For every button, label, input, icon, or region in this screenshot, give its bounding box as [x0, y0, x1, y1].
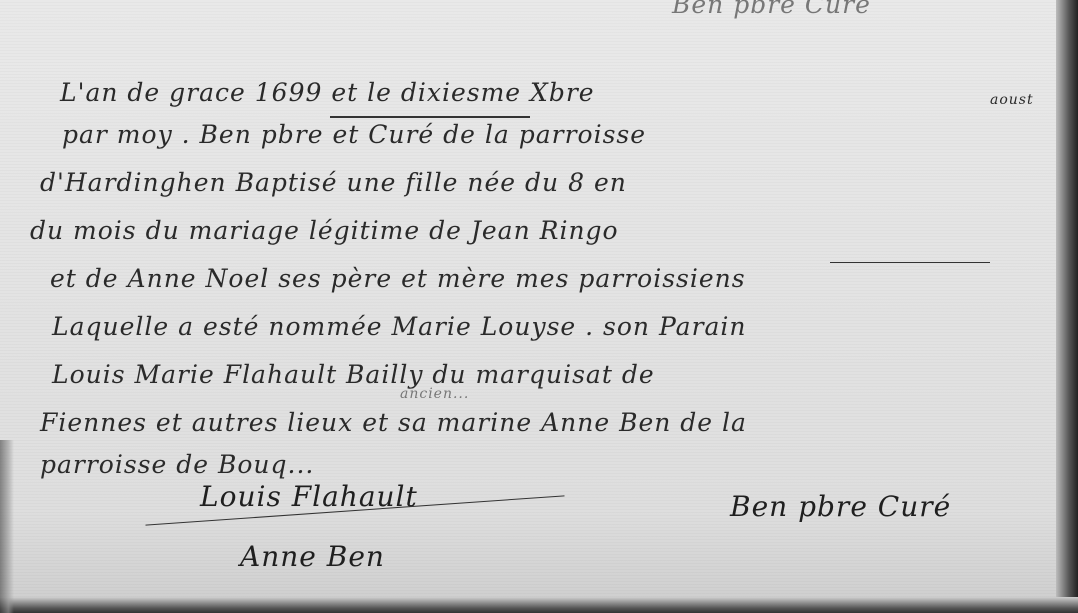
entry-line-3: d'Hardinghen Baptisé une fille née du 8 … — [40, 168, 627, 197]
entry-line-6: Laquelle a esté nommée Marie Louyse . so… — [52, 312, 747, 341]
name-underline — [830, 262, 990, 263]
signature-priest: Ben pbre Curé — [730, 490, 951, 523]
signature-godmother: Anne Ben — [240, 540, 385, 573]
interlinear-note: ancien... — [400, 386, 469, 402]
entry-line-4: du mois du mariage légitime de Jean Ring… — [30, 216, 619, 245]
margin-note: aoust — [990, 92, 1034, 108]
entry-line-5: et de Anne Noel ses père et mère mes par… — [50, 264, 746, 293]
entry-line-8: Fiennes et autres lieux et sa marine Ann… — [40, 408, 747, 437]
entry-line-7: Louis Marie Flahault Bailly du marquisat… — [52, 360, 655, 389]
entry-line-9: parroisse de Bouq... — [40, 450, 314, 479]
page-edge-left-shadow — [0, 440, 14, 613]
previous-entry-signature: Ben pbre Curé — [672, 0, 871, 19]
entry-line-1: L'an de grace 1699 et le dixiesme Xbre — [60, 78, 595, 107]
date-underline — [330, 116, 530, 118]
entry-line-2: par moy . Ben pbre et Curé de la parrois… — [62, 120, 646, 149]
page-edge-right — [1056, 0, 1078, 613]
page-edge-bottom — [0, 597, 1078, 613]
